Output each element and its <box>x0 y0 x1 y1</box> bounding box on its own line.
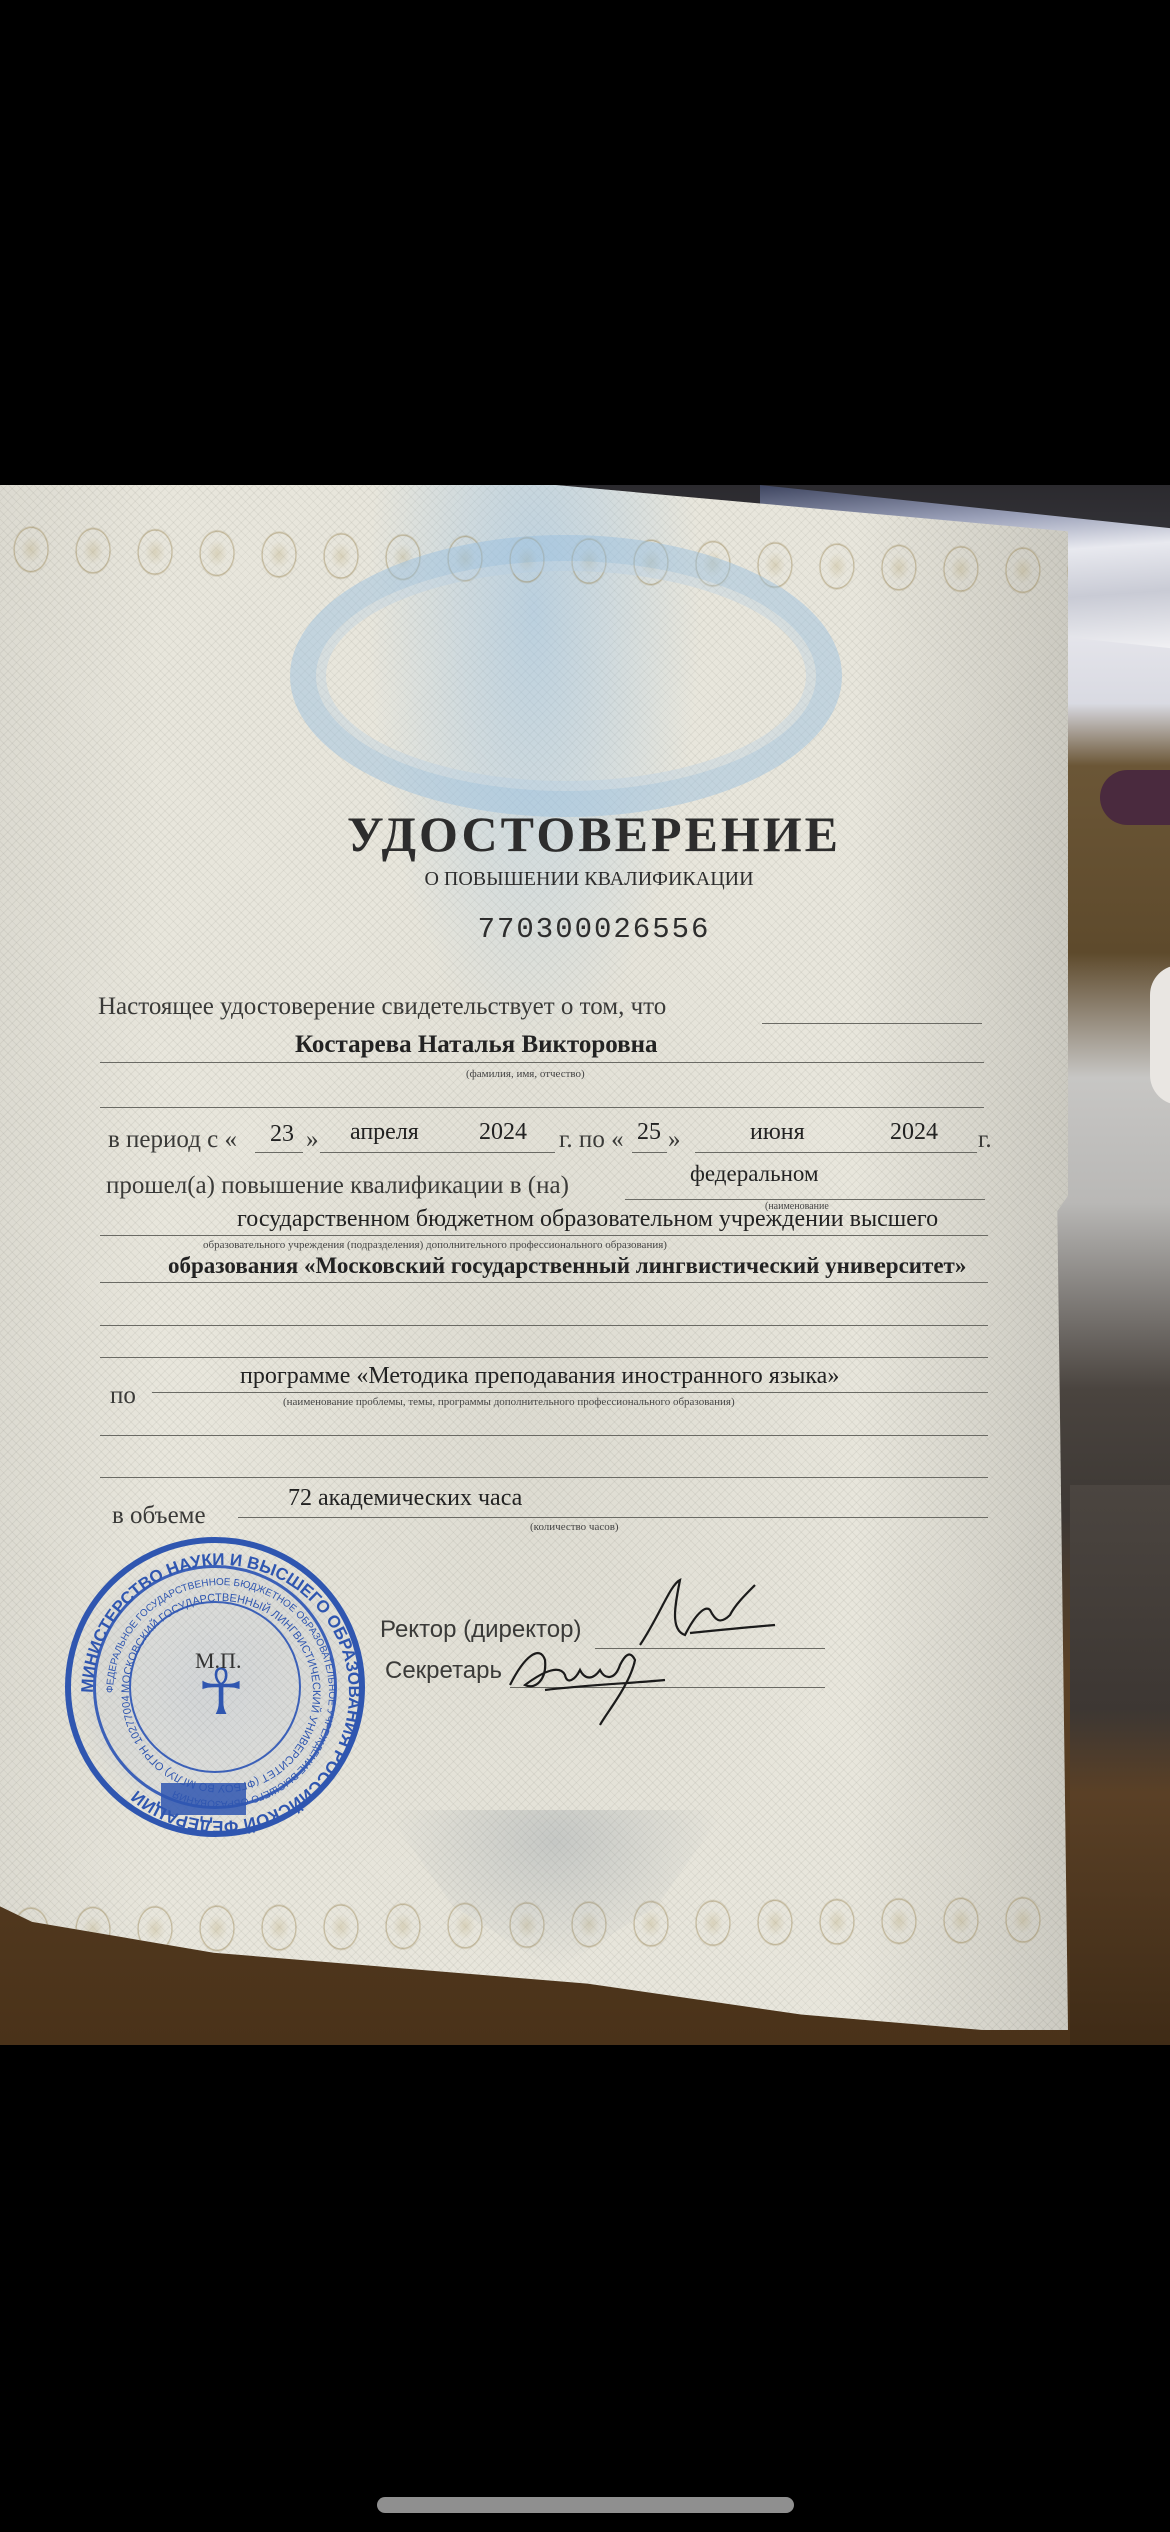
institution-line-1: федеральном <box>690 1161 819 1187</box>
period-to-day: 25 <box>637 1119 661 1146</box>
institution-line-1-rule <box>625 1199 985 1200</box>
stamp-place-label: М.П. <box>195 1648 241 1674</box>
period-to-year: 2024 <box>890 1119 938 1146</box>
volume-hint: (количество часов) <box>530 1521 619 1533</box>
stamp-filled-rect <box>161 1783 246 1815</box>
blank-line-2 <box>100 1325 988 1326</box>
blank-line-4 <box>100 1435 988 1436</box>
certificate-title: УДОСТОВЕРЕНИЕ <box>0 805 1068 863</box>
program-hint: (наименование проблемы, темы, программы … <box>283 1396 735 1408</box>
holder-name: Костарева Наталья Викторовна <box>295 1031 658 1059</box>
program-line <box>152 1392 988 1393</box>
intro-line <box>762 1023 982 1024</box>
certificate-document: УДОСТОВЕРЕНИЕ О ПОВЫШЕНИИ КВАЛИФИКАЦИИ 7… <box>0 485 1068 2030</box>
institution-line-3-rule <box>100 1282 988 1283</box>
volume-line <box>238 1517 988 1518</box>
home-indicator[interactable] <box>377 2497 794 2513</box>
quote-close: » <box>306 1126 319 1154</box>
background-object <box>1100 770 1170 825</box>
intro-text: Настоящее удостоверение свидетельствует … <box>98 993 666 1021</box>
from-day-line <box>255 1152 303 1153</box>
institution-label: прошел(а) повышение квалификации в (на) <box>106 1172 569 1200</box>
to-month-year-line <box>695 1152 977 1153</box>
blank-line-3 <box>100 1357 988 1358</box>
period-from-day: 23 <box>270 1121 294 1148</box>
period-from-label: в период с « <box>108 1126 237 1154</box>
to-day-line <box>632 1152 667 1153</box>
year-suffix: г. <box>978 1126 992 1154</box>
blank-line <box>100 1107 984 1108</box>
volume-label: в объеме <box>112 1502 206 1530</box>
background-dish <box>1150 965 1170 1105</box>
from-month-year-line <box>320 1152 555 1153</box>
holder-name-hint: (фамилия, имя, отчество) <box>466 1068 585 1080</box>
period-to-month: июня <box>750 1119 805 1146</box>
certificate-subtitle: О ПОВЫШЕНИИ КВАЛИФИКАЦИИ <box>0 868 1068 891</box>
holder-name-line <box>100 1062 984 1063</box>
background-wall-floor <box>1070 1485 1170 2045</box>
volume-value: 72 академических часа <box>288 1485 522 1512</box>
institution-line-2-rule <box>100 1235 988 1236</box>
institution-hint-2: образовательного учреждения (подразделен… <box>203 1239 667 1251</box>
program-value: программе «Методика преподавания иностра… <box>240 1363 839 1390</box>
period-from-year: 2024 <box>479 1119 527 1146</box>
certificate-photo: УДОСТОВЕРЕНИЕ О ПОВЫШЕНИИ КВАЛИФИКАЦИИ 7… <box>0 485 1170 2045</box>
official-stamp: МИНИСТЕРСТВО НАУКИ И ВЫСШЕГО ОБРАЗОВАНИЯ… <box>65 1537 365 1837</box>
institution-line-3: образования «Московский государственный … <box>168 1253 966 1279</box>
blank-line-5 <box>100 1477 988 1478</box>
period-from-month: апреля <box>350 1119 419 1146</box>
secretary-label: Секретарь <box>385 1657 502 1685</box>
institution-line-2: государственном бюджетном образовательно… <box>237 1206 938 1233</box>
security-rosette-top <box>290 535 842 817</box>
quote-close-2: » <box>668 1126 681 1154</box>
certificate-number: 770300026556 <box>0 913 1068 946</box>
program-label: по <box>110 1382 136 1410</box>
secretary-signature-icon <box>505 1625 675 1730</box>
period-to-label: г. по « <box>559 1126 624 1154</box>
